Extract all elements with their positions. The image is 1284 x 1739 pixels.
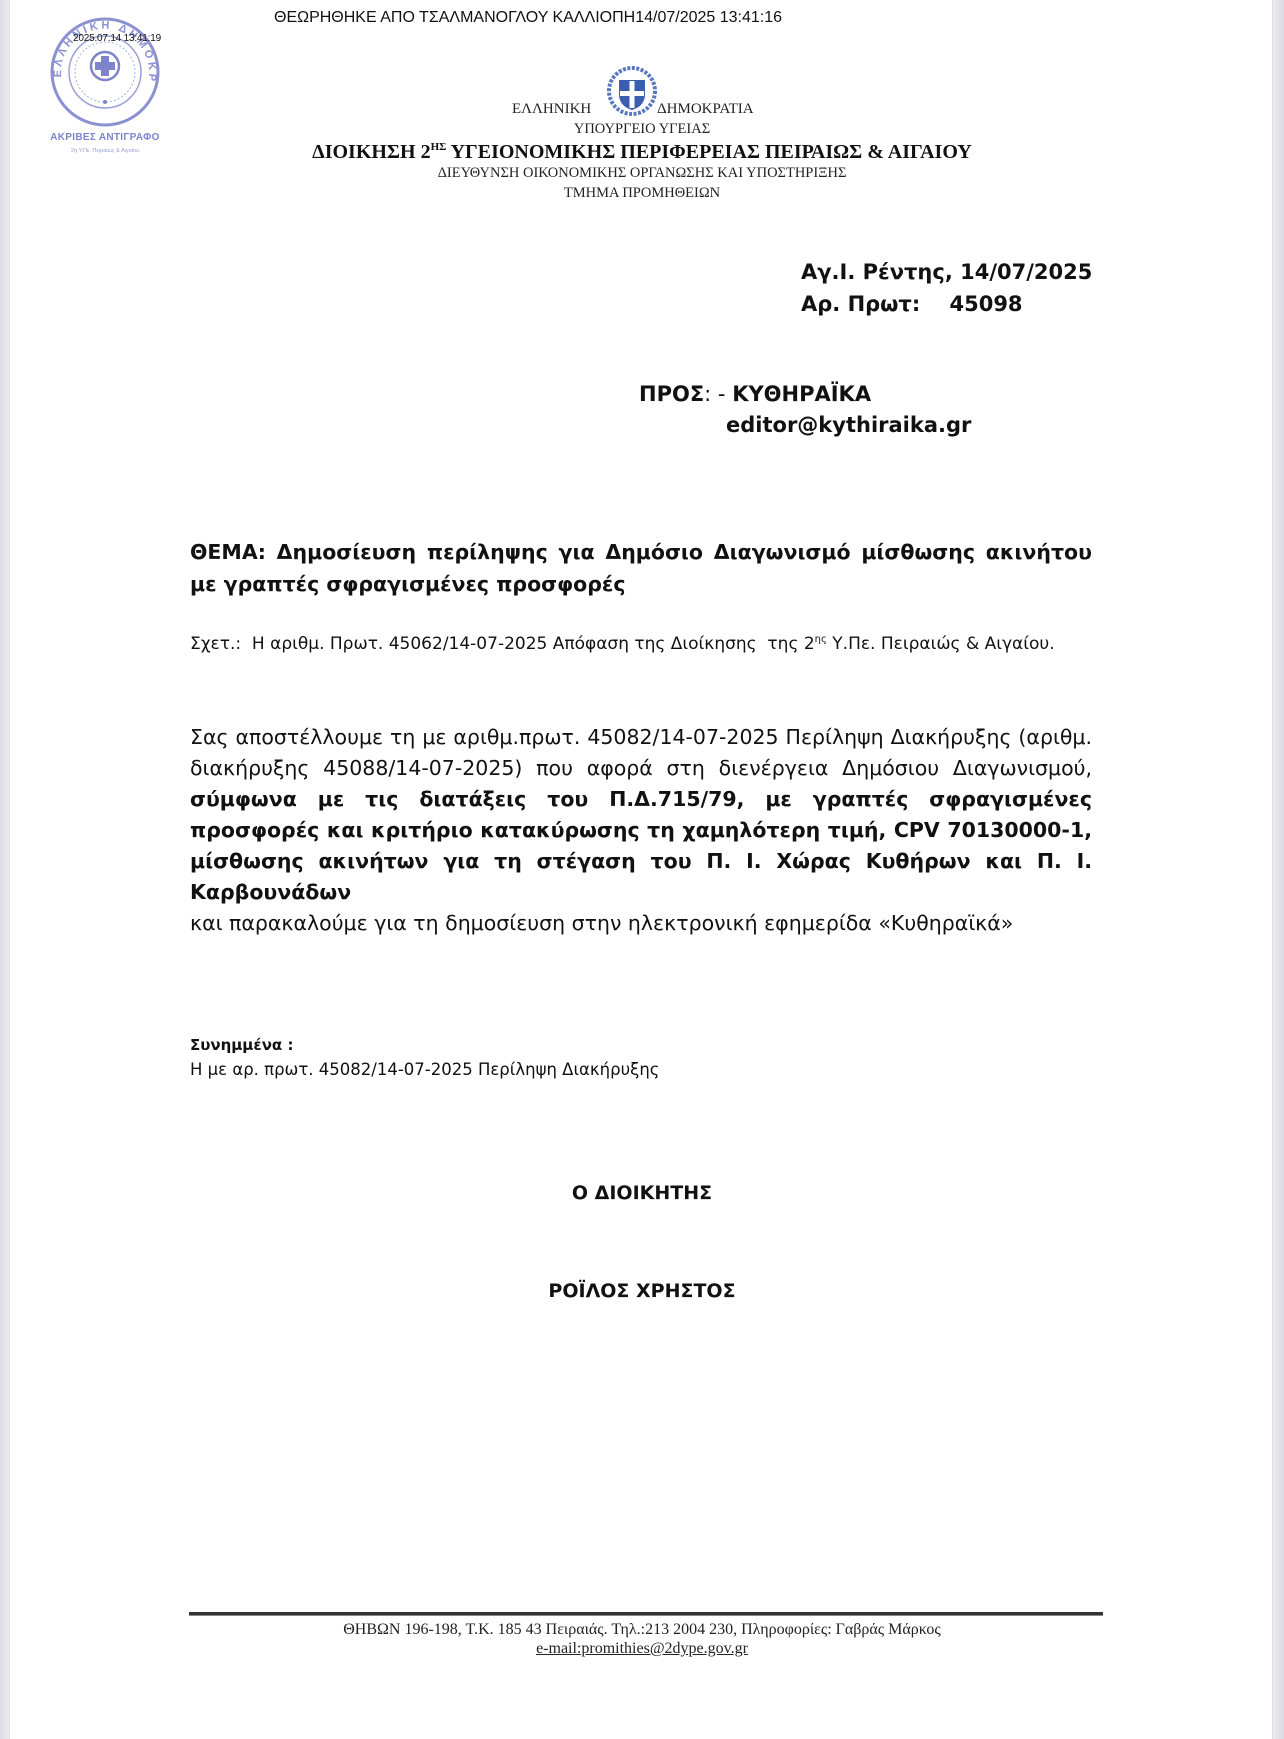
footer-address: ΘΗΒΩΝ 196-198, Τ.Κ. 185 43 Πειραιάς. Τηλ… — [0, 1621, 1284, 1639]
ministry: ΥΠΟΥΡΓΕΙΟ ΥΓΕΙΑΣ — [0, 121, 1284, 138]
greek-coat-of-arms-icon — [607, 66, 657, 116]
signatory-name: ΡΟΪΛΟΣ ΧΡΗΣΤΟΣ — [0, 1280, 1284, 1302]
signatory-title: Ο ΔΙΟΙΚΗΤΗΣ — [0, 1182, 1284, 1204]
viewed-banner: ΘΕΩΡΗΘΗΚΕ ΑΠΟ ΤΣΑΛΜΑΝΟΓΛΟΥ ΚΑΛΛΙΟΠΗ14/07… — [274, 9, 782, 27]
attachments-title: Συνημμένα : — [190, 1036, 293, 1054]
place-date: Αγ.Ι. Ρέντης, 14/07/2025 — [801, 260, 1092, 284]
footer-email-link[interactable]: e-mail:promithies@2dype.gov.gr — [536, 1640, 748, 1657]
subject: ΘΕΜΑ: Δημοσίευση περίληψης για Δημόσιο Δ… — [190, 536, 1092, 600]
reference: Σχετ.: Η αριθμ. Πρωτ. 45062/14-07-2025 Α… — [190, 634, 1055, 654]
protocol-number: Αρ. Πρωτ: 45098 — [801, 292, 1023, 316]
page-left-edge — [0, 0, 10, 1739]
page-right-edge — [1272, 0, 1284, 1739]
department: ΤΜΗΜΑ ΠΡΟΜΗΘΕΙΩΝ — [0, 185, 1284, 202]
stamp-timestamp: 2025.07.14 13:41:19 — [73, 33, 161, 44]
administration-title: ΔΙΟΙΚΗΣΗ 2ΗΣ ΥΓΕΙΟΝΟΜΙΚΗΣ ΠΕΡΙΦΕΡΕΙΑΣ ΠΕ… — [0, 141, 1284, 164]
attachment-item: Η με αρ. πρωτ. 45082/14-07-2025 Περίληψη… — [190, 1060, 659, 1079]
republic-left: ΕΛΛΗΝΙΚΗ — [512, 101, 591, 118]
republic-right: ΔΗΜΟΚΡΑΤΙΑ — [657, 101, 754, 118]
recipient: ΠΡΟΣ: - ΚΥΘΗΡΑΪΚΑ — [639, 382, 871, 406]
recipient-email: editor@kythiraika.gr — [726, 413, 971, 437]
seal-icon: ΕΛΛΗΝΙΚΗ ΔΗΜΟΚΡΑΤΙΑ — [40, 14, 170, 129]
body-paragraph: Σας αποστέλλουμε τη με αριθμ.πρωτ. 45082… — [190, 722, 1092, 939]
footer-divider — [189, 1612, 1103, 1616]
directorate: ΔΙΕΥΘΥΝΣΗ ΟΙΚΟΝΟΜΙΚΗΣ ΟΡΓΑΝΩΣΗΣ ΚΑΙ ΥΠΟΣ… — [0, 165, 1284, 182]
body-bold-terms: σύμφωνα με τις διατάξεις του Π.Δ.715/79,… — [190, 787, 1092, 904]
footer-email: e-mail:promithies@2dype.gov.gr — [0, 1640, 1284, 1658]
